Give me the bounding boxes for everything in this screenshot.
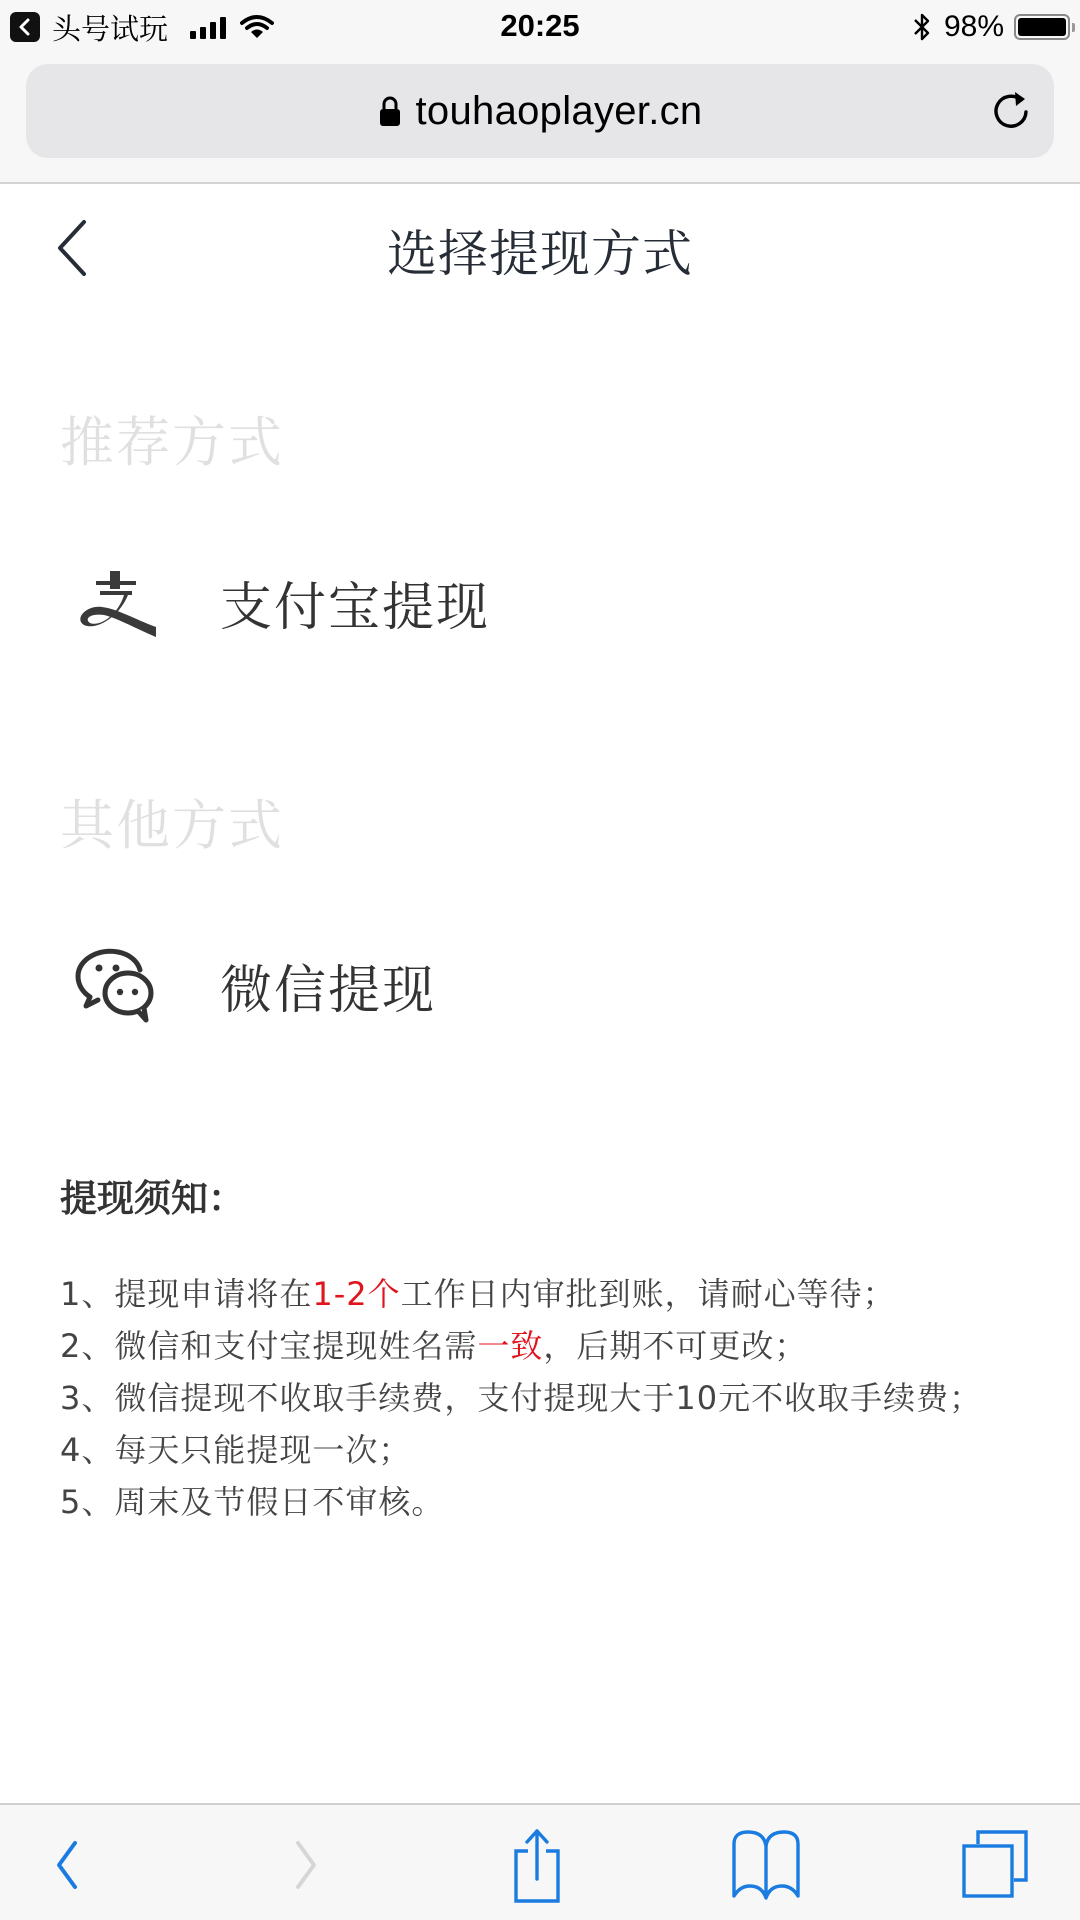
bluetooth-icon: [912, 12, 932, 42]
browser-forward-button[interactable]: [266, 1825, 346, 1905]
method-wechat[interactable]: 微信提现: [0, 906, 1080, 1056]
lock-icon: [378, 95, 402, 127]
status-right: 98%: [912, 10, 1070, 44]
section-label-other: 其他方式: [60, 783, 284, 860]
wechat-icon: [68, 936, 164, 1032]
notice-text: 4、每天只能提现一次；: [60, 1431, 411, 1469]
wechat-label[interactable]: 微信提现: [220, 948, 436, 1023]
reload-icon[interactable]: [988, 88, 1034, 134]
address-bar[interactable]: touhaoplayer.cn: [26, 64, 1054, 158]
battery-icon: [1014, 14, 1070, 40]
chevron-right-icon: [286, 1835, 326, 1895]
notice-text: 3、微信提现不收取手续费，支付提现大于10元不收取手续费；: [60, 1379, 982, 1417]
notice-text: 工作日内审批到账，请耐心等待；: [401, 1275, 896, 1313]
notice-item: 3、微信提现不收取手续费，支付提现大于10元不收取手续费；: [60, 1372, 1060, 1424]
notice-item: 2、微信和支付宝提现姓名需一致，后期不可更改；: [60, 1320, 1060, 1372]
share-button[interactable]: [497, 1825, 577, 1905]
notice-highlight: 1-2个: [312, 1275, 400, 1313]
notice-highlight: 一致: [477, 1327, 543, 1365]
notice-text: 2、微信和支付宝提现姓名需: [60, 1327, 477, 1365]
status-bar: 头号试玩 20:25 98%: [0, 0, 1080, 54]
method-alipay[interactable]: 支付宝提现: [0, 525, 1080, 675]
notice-text: 1、提现申请将在: [60, 1275, 312, 1313]
notice-item: 1、提现申请将在1-2个工作日内审批到账，请耐心等待；: [60, 1268, 1060, 1320]
tabs-icon: [960, 1830, 1030, 1900]
url-display[interactable]: touhaoplayer.cn: [26, 64, 1054, 158]
battery-percent: 98%: [944, 10, 1004, 44]
page-title: 选择提现方式: [0, 214, 1080, 286]
browser-toolbar: [0, 1803, 1080, 1920]
section-label-recommended: 推荐方式: [60, 400, 284, 477]
alipay-icon: [68, 553, 164, 649]
page-header: 选择提现方式: [0, 186, 1080, 310]
notice-item: 4、每天只能提现一次；: [60, 1424, 1060, 1476]
notice-text: ，后期不可更改；: [543, 1327, 807, 1365]
bookmarks-button[interactable]: [726, 1825, 806, 1905]
alipay-label[interactable]: 支付宝提现: [220, 565, 490, 640]
browser-address-area: touhaoplayer.cn: [0, 54, 1080, 184]
book-icon: [730, 1830, 802, 1900]
chevron-left-icon: [47, 1835, 87, 1895]
notice-title: 提现须知：: [60, 1168, 245, 1222]
notice-text: 5、周末及节假日不审核。: [60, 1483, 444, 1521]
url-text[interactable]: touhaoplayer.cn: [416, 89, 703, 134]
browser-back-button[interactable]: [27, 1825, 107, 1905]
notice-list: 1、提现申请将在1-2个工作日内审批到账，请耐心等待； 2、微信和支付宝提现姓名…: [60, 1268, 1060, 1528]
notice-item: 5、周末及节假日不审核。: [60, 1476, 1060, 1528]
share-icon: [507, 1827, 567, 1903]
tabs-button[interactable]: [955, 1825, 1035, 1905]
